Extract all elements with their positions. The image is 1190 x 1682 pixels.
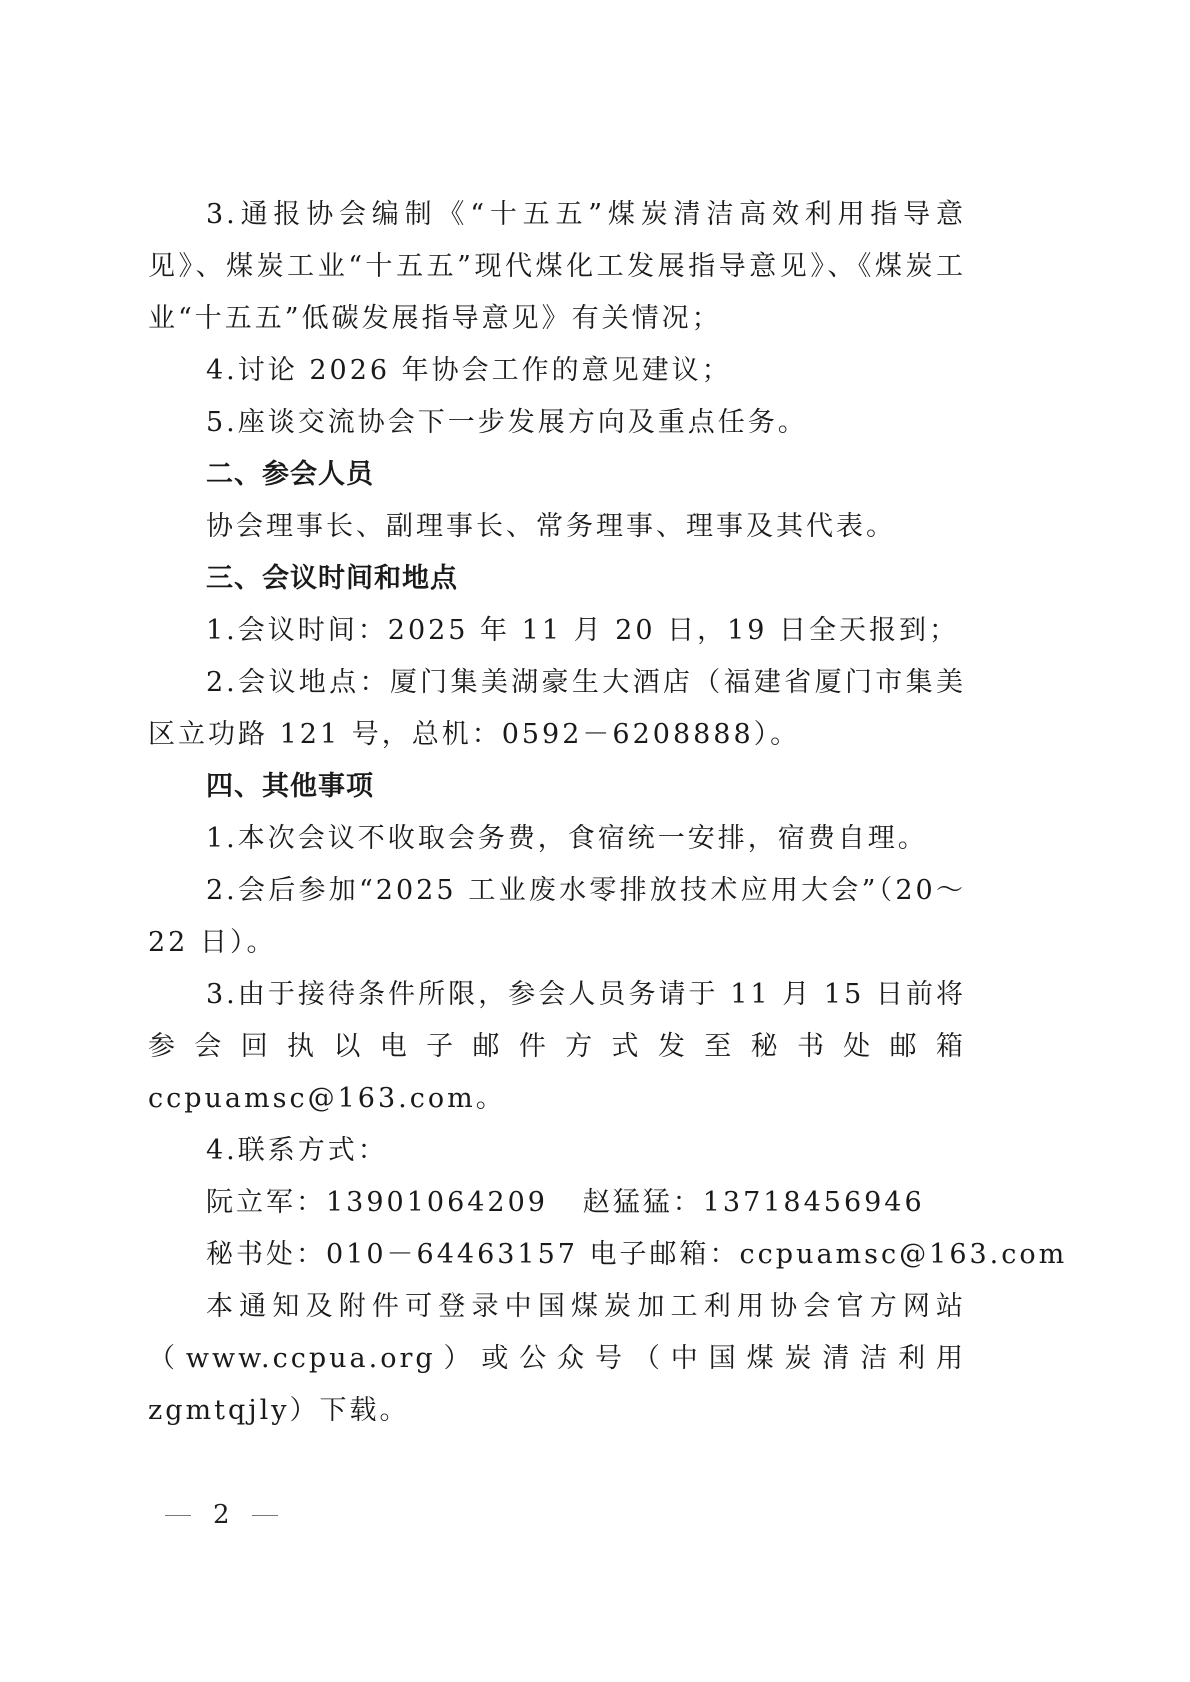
contact-persons: 阮立军：13901064209 赵猛猛：13718456946 — [148, 1177, 966, 1229]
meeting-location: 2.会议地点：厦门集美湖豪生大酒店（福建省厦门市集美区立功路 121 号，总机：… — [148, 657, 966, 761]
section-heading-other: 四、其他事项 — [148, 761, 966, 813]
meeting-time: 1.会议时间：2025 年 11 月 20 日，19 日全天报到； — [148, 605, 966, 657]
other-item-registration: 3.由于接待条件所限，参会人员务请于 11 月 15 日前将参会回执以电子邮件方… — [148, 969, 966, 1125]
page-footer: 2 — [165, 1500, 278, 1530]
agenda-item-5: 5.座谈交流协会下一步发展方向及重点任务。 — [148, 397, 966, 449]
agenda-item-4: 4.讨论 2026 年协会工作的意见建议； — [148, 345, 966, 397]
section-heading-attendees: 二、参会人员 — [148, 449, 966, 501]
document-page: 3.通报协会编制《“十五五”煤炭清洁高效利用指导意见》、煤炭工业“十五五”现代煤… — [148, 189, 966, 1437]
section-heading-time-location: 三、会议时间和地点 — [148, 553, 966, 605]
footer-dash-left — [165, 1515, 191, 1516]
contact-secretariat: 秘书处：010－64463157 电子邮箱：ccpuamsc@163.com — [148, 1229, 966, 1281]
footer-dash-right — [252, 1515, 278, 1516]
other-item-fees: 1.本次会议不收取会务费，食宿统一安排，宿费自理。 — [148, 813, 966, 865]
agenda-item-3: 3.通报协会编制《“十五五”煤炭清洁高效利用指导意见》、煤炭工业“十五五”现代煤… — [148, 189, 966, 345]
other-item-conference: 2.会后参加“2025 工业废水零排放技术应用大会”（20～22 日）。 — [148, 865, 966, 969]
other-item-contact-label: 4.联系方式： — [148, 1125, 966, 1177]
page-number: 2 — [213, 1500, 230, 1530]
attendees-text: 协会理事长、副理事长、常务理事、理事及其代表。 — [148, 501, 966, 553]
download-note: 本通知及附件可登录中国煤炭加工利用协会官方网站（www.ccpua.org）或公… — [148, 1281, 966, 1437]
